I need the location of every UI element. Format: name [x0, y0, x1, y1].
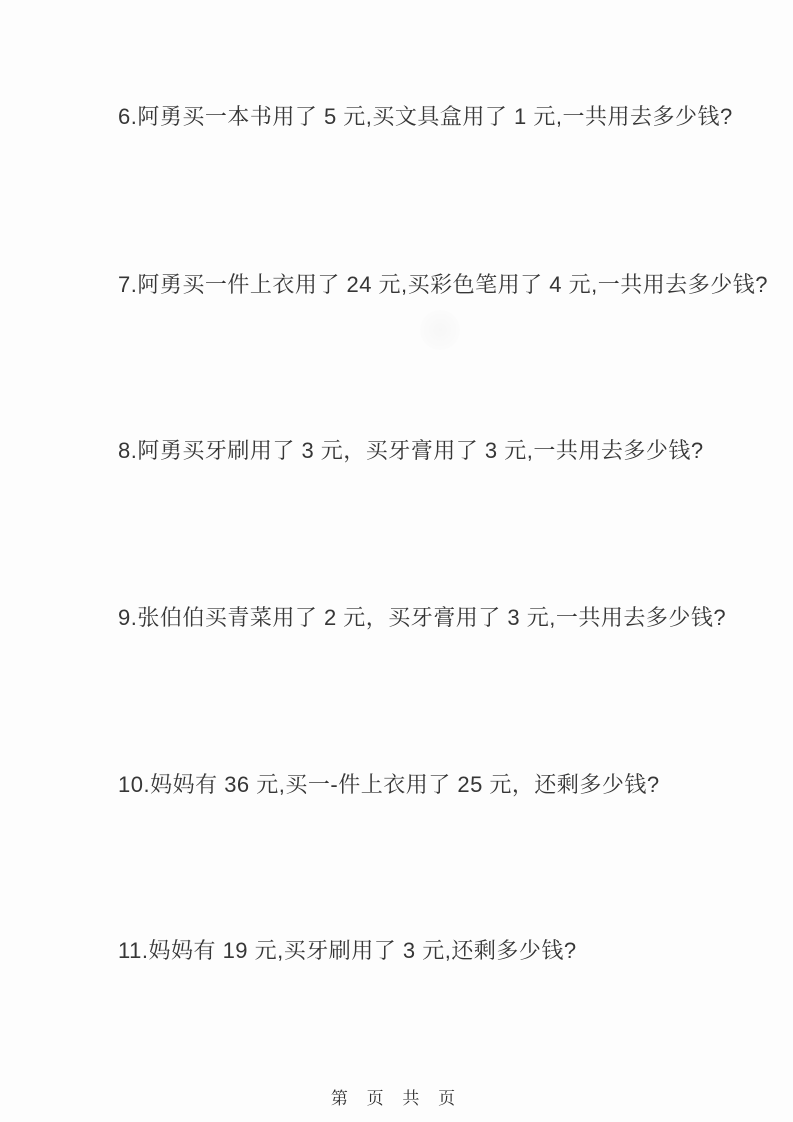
question-11: 11.妈妈有 19 元,买牙刷用了 3 元,还剩多少钱?: [118, 937, 733, 965]
scan-smudge-artifact: [420, 310, 460, 350]
question-7: 7.阿勇买一件上衣用了 24 元,买彩色笔用了 4 元,一共用去多少钱?: [118, 271, 733, 299]
page-footer: 第 页 共 页: [0, 1084, 793, 1109]
worksheet-page: 6.阿勇买一本书用了 5 元,买文具盒用了 1 元,一共用去多少钱? 7.阿勇买…: [0, 0, 793, 1122]
question-10: 10.妈妈有 36 元,买一-件上衣用了 25 元，还剩多少钱?: [118, 771, 733, 799]
question-8: 8.阿勇买牙刷用了 3 元，买牙膏用了 3 元,一共用去多少钱?: [118, 437, 733, 465]
question-6: 6.阿勇买一本书用了 5 元,买文具盒用了 1 元,一共用去多少钱?: [118, 103, 733, 131]
question-9: 9.张伯伯买青菜用了 2 元，买牙膏用了 3 元,一共用去多少钱?: [118, 604, 733, 632]
